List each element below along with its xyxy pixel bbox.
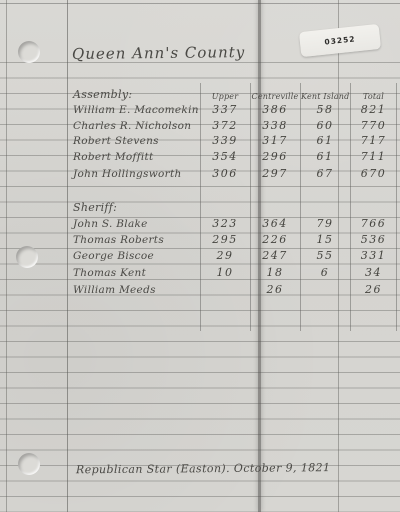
catalog-sticker: 03252	[299, 24, 381, 57]
cell-kent-island: 79	[301, 217, 349, 230]
candidate-name: John Hollingsworth	[73, 168, 199, 180]
cell-kent-island: 6	[301, 266, 349, 279]
table-row: William E. Macomekin 337 386 58 821	[0, 101, 400, 117]
table-row: George Biscoe 29 247 55 331	[0, 247, 400, 263]
candidate-name: Robert Stevens	[73, 135, 199, 147]
cell-centreville: 18	[251, 266, 299, 279]
section-label-sheriff: Sheriff:	[73, 201, 199, 214]
cell-total: 711	[351, 150, 396, 163]
cell-upper: 295	[200, 233, 250, 246]
cell-upper: 306	[200, 167, 250, 180]
table-row: John Hollingsworth 306 297 67 670	[0, 165, 400, 181]
cell-kent-island: 15	[301, 233, 349, 246]
column-header-centreville: Centreville	[251, 92, 299, 101]
cell-centreville: 26	[251, 283, 299, 296]
cell-centreville: 386	[251, 103, 299, 116]
table-row: William Meeds 26 26	[0, 281, 400, 297]
candidate-name: Robert Moffitt	[73, 151, 199, 163]
cell-upper: 372	[200, 119, 250, 132]
punch-hole-top	[18, 41, 40, 63]
scanned-ledger-page: 03252 Queen Ann's County Assembly: Upper…	[0, 0, 400, 512]
candidate-name: William E. Macomekin	[73, 104, 199, 116]
cell-kent-island: 55	[301, 249, 349, 262]
table-row: Thomas Kent 10 18 6 34	[0, 264, 400, 280]
cell-upper: 337	[200, 103, 250, 116]
candidate-name: William Meeds	[73, 284, 199, 296]
top-rule-line	[0, 3, 400, 4]
cell-kent-island: 61	[301, 150, 349, 163]
candidate-name: George Biscoe	[73, 250, 199, 262]
cell-kent-island: 61	[301, 134, 349, 147]
table-row: Charles R. Nicholson 372 338 60 770	[0, 117, 400, 133]
cell-total: 717	[351, 134, 396, 147]
cell-centreville: 297	[251, 167, 299, 180]
cell-centreville: 226	[251, 233, 299, 246]
cell-upper: 354	[200, 150, 250, 163]
candidate-name: Charles R. Nicholson	[73, 120, 199, 132]
cell-centreville: 247	[251, 249, 299, 262]
section-label-assembly: Assembly:	[73, 88, 199, 101]
table-row: John S. Blake 323 364 79 766	[0, 215, 400, 231]
candidate-name: John S. Blake	[73, 218, 199, 230]
source-citation: Republican Star (Easton). October 9, 182…	[76, 461, 376, 481]
cell-total: 26	[351, 283, 396, 296]
cell-kent-island: 60	[301, 119, 349, 132]
cell-total: 670	[351, 167, 396, 180]
punch-hole-bottom	[18, 453, 40, 475]
cell-centreville: 317	[251, 134, 299, 147]
table-row: Robert Stevens 339 317 61 717	[0, 132, 400, 148]
catalog-number: 03252	[324, 34, 356, 46]
column-header-kent-island: Kent Island	[301, 92, 349, 101]
cell-centreville: 296	[251, 150, 299, 163]
cell-total: 536	[351, 233, 396, 246]
column-header-upper: Upper	[200, 92, 250, 101]
cell-centreville: 364	[251, 217, 299, 230]
cell-total: 34	[351, 266, 396, 279]
cell-upper: 323	[200, 217, 250, 230]
column-header-total: Total	[351, 92, 396, 101]
cell-kent-island: 58	[301, 103, 349, 116]
cell-upper: 339	[200, 134, 250, 147]
candidate-name: Thomas Kent	[73, 267, 199, 279]
section-header-row: Sheriff:	[0, 199, 400, 215]
cell-total: 331	[351, 249, 396, 262]
cell-total: 766	[351, 217, 396, 230]
page-title: Queen Ann's County	[72, 43, 252, 64]
cell-total: 770	[351, 119, 396, 132]
cell-total: 821	[351, 103, 396, 116]
cell-upper: 10	[200, 266, 250, 279]
table-row: Thomas Roberts 295 226 15 536	[0, 231, 400, 247]
cell-centreville: 338	[251, 119, 299, 132]
cell-upper: 29	[200, 249, 250, 262]
cell-kent-island: 67	[301, 167, 349, 180]
table-header-row: Assembly: Upper Centreville Kent Island …	[0, 86, 400, 102]
table-row: Robert Moffitt 354 296 61 711	[0, 148, 400, 164]
candidate-name: Thomas Roberts	[73, 234, 199, 246]
